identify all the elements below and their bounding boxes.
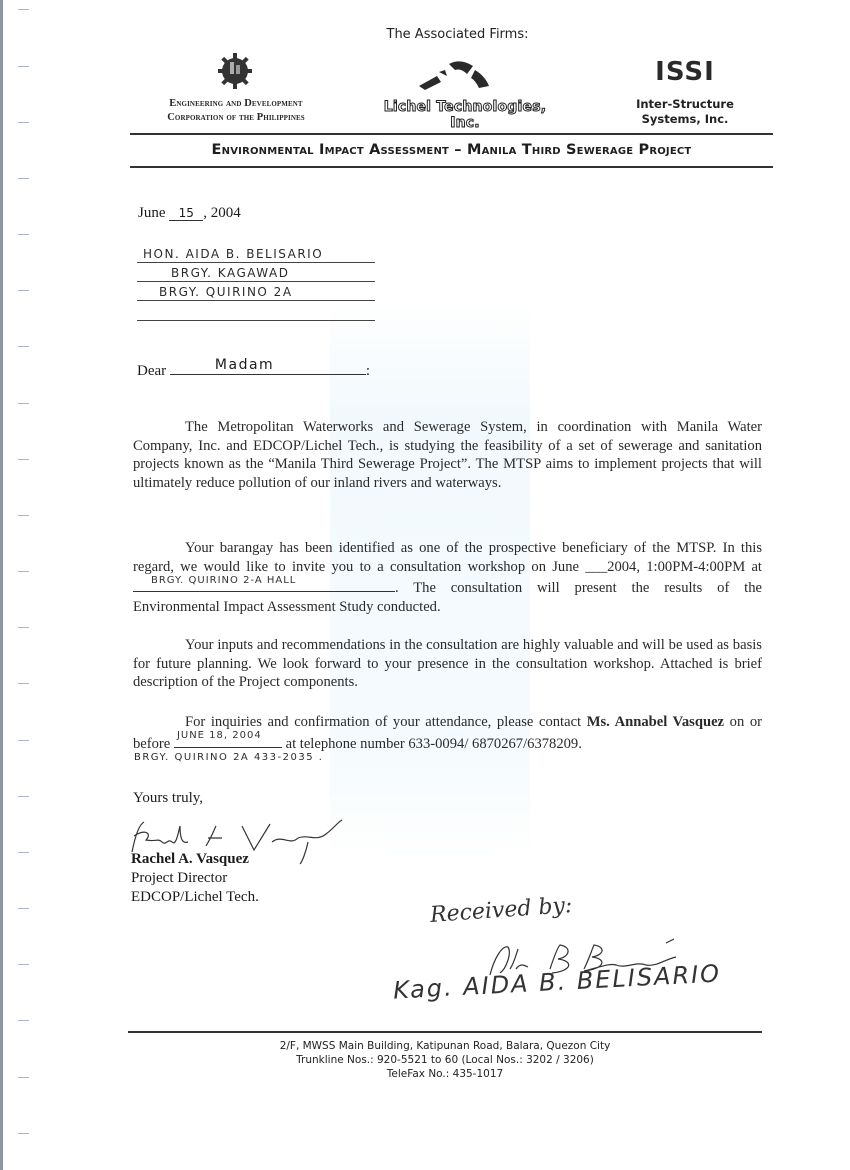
footer-trunkline: Trunkline Nos.: 920-5521 to 60 (Local No… — [128, 1053, 762, 1067]
contact-person: Ms. Annabel Vasquez — [587, 714, 724, 730]
margin-mark — [18, 964, 29, 965]
salutation-name-field: Madam — [170, 358, 366, 375]
edcop-gear-logo-icon — [215, 50, 255, 90]
lichel-arc-logo-icon — [415, 58, 495, 92]
margin-mark — [18, 1020, 29, 1021]
margin-mark — [18, 796, 29, 797]
recipient-line — [137, 302, 375, 321]
letter-date: June 15, 2004 — [138, 205, 241, 222]
paragraph-invitation: Your barangay has been identified as one… — [133, 539, 762, 616]
project-banner: Environmental Impact Assessment – Manila… — [130, 142, 773, 158]
footer-address: 2/F, MWSS Main Building, Katipunan Road,… — [128, 1039, 762, 1053]
margin-mark — [18, 403, 29, 404]
footer: 2/F, MWSS Main Building, Katipunan Road,… — [128, 1039, 762, 1081]
signer-title: Project Director — [131, 869, 259, 888]
handwritten-phone-note: BRGY. QUIRINO 2A 433-2035 . — [134, 752, 323, 763]
margin-mark — [18, 571, 29, 572]
issi-name: Inter-Structure Systems, Inc. — [615, 97, 755, 127]
margin-mark — [18, 346, 29, 347]
venue-field: BRGY. QUIRINO 2-A HALL — [133, 576, 395, 592]
recipient-line: HON. AIDA B. BELISARIO — [137, 244, 375, 263]
header-rule-top — [130, 133, 773, 135]
margin-mark — [18, 178, 29, 179]
closing: Yours truly, — [133, 790, 203, 807]
received-by-label: Received by: — [429, 893, 573, 928]
margin-mark — [18, 459, 29, 460]
issi-logo: ISSI — [620, 57, 750, 87]
lichel-name: Lichel Technologies, Inc. — [380, 99, 550, 131]
edcop-name: Engineering and Development Corporation … — [140, 97, 332, 125]
margin-mark — [18, 683, 29, 684]
recipient-line: BRGY. KAGAWAD — [137, 263, 375, 282]
margin-mark — [18, 122, 29, 123]
margin-mark — [18, 290, 29, 291]
margin-mark — [18, 627, 29, 628]
associated-firms-label: The Associated Firms: — [0, 27, 850, 42]
signer-org: EDCOP/Lichel Tech. — [131, 888, 259, 907]
margin-mark — [18, 1133, 29, 1134]
margin-mark — [18, 1077, 29, 1078]
signer-name: Rachel A. Vasquez — [131, 850, 259, 869]
margin-mark — [18, 852, 29, 853]
recipient-line: BRGY. QUIRINO 2A — [137, 282, 375, 301]
salutation: Dear Madam: — [137, 358, 370, 380]
margin-mark — [18, 66, 29, 67]
date-day-field: 15 — [169, 206, 203, 221]
paragraph-intro: The Metropolitan Waterworks and Sewerage… — [133, 418, 762, 492]
paragraph-inputs: Your inputs and recommendations in the c… — [133, 636, 762, 692]
margin-mark — [18, 234, 29, 235]
footer-telefax: TeleFax No.: 435-1017 — [128, 1067, 762, 1081]
scan-edge — [0, 0, 3, 1170]
margin-mark — [18, 515, 29, 516]
header-rule-bottom — [130, 166, 773, 168]
footer-rule — [128, 1031, 762, 1033]
margin-mark — [18, 908, 29, 909]
margin-mark — [18, 9, 29, 10]
deadline-field: JUNE 18, 2004 — [174, 732, 282, 748]
paragraph-inquiries: For inquiries and confirmation of your a… — [133, 713, 762, 753]
signature-block: Rachel A. Vasquez Project Director EDCOP… — [131, 850, 259, 907]
margin-mark — [18, 740, 29, 741]
